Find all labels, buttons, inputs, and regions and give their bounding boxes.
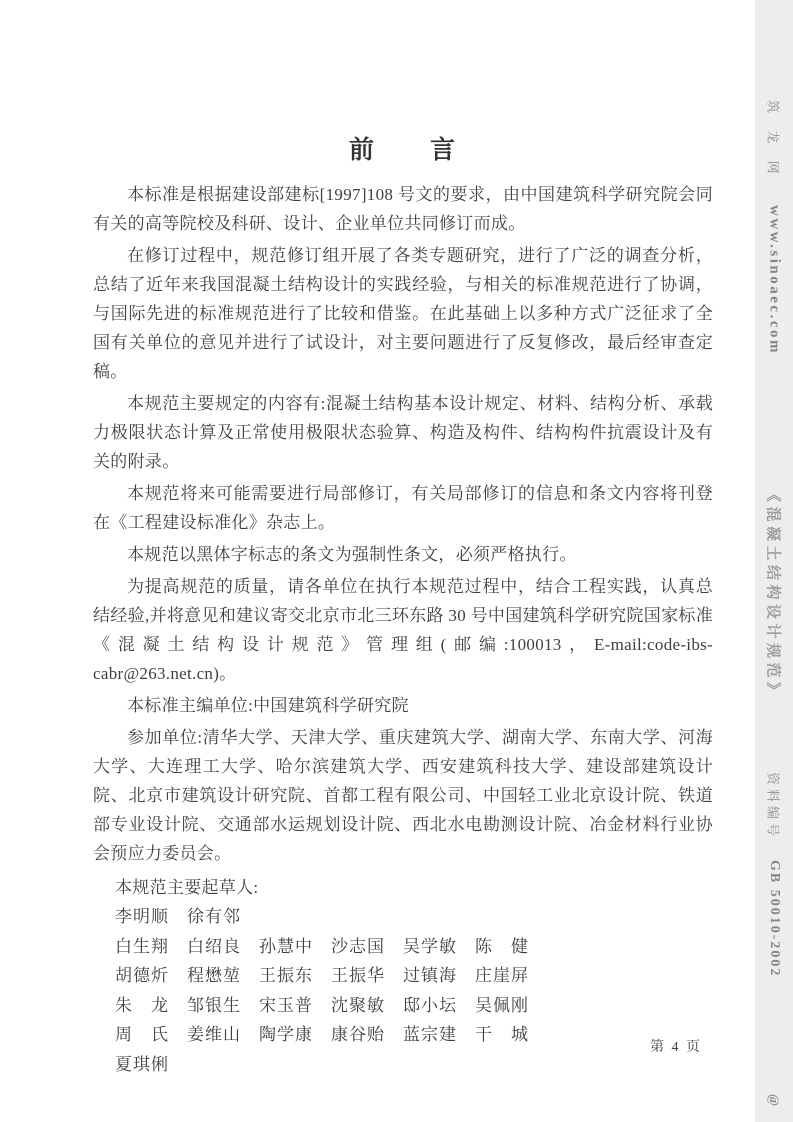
- drafter-line: 夏琪俐: [93, 1050, 713, 1080]
- watermark-doc-title: 《混凝土结构设计规范》: [764, 487, 785, 702]
- document-page: 前 言 本标准是根据建设部建标[1997]108 号文的要求，由中国建筑科学研究…: [0, 0, 793, 1122]
- paragraph-feedback-address: 为提高规范的质量，请各单位在执行本规范过程中，结合工程实践，认真总结经验,并将意…: [93, 572, 713, 688]
- paragraph-standard-origin: 本标准是根据建设部建标[1997]108 号文的要求，由中国建筑科学研究院会同有…: [93, 180, 713, 238]
- drafter-line: 胡德炘 程懋堃 王振东 王振华 过镇海 庄崖屏: [93, 961, 713, 991]
- drafter-line: 周 氏 姜维山 陶学康 康谷贻 蓝宗建 干 城: [93, 1020, 713, 1050]
- watermark-ref-code: GB 50010-2002: [766, 860, 782, 977]
- watermark-ref-label: 资料编号: [765, 772, 784, 840]
- watermark-site-name: 筑 龙 网: [765, 100, 784, 181]
- paragraph-mandatory-clauses: 本规范以黑体字标志的条文为强制性条文，必须严格执行。: [93, 540, 713, 569]
- at-symbol-icon: @: [766, 1094, 782, 1106]
- paragraph-chief-editor-unit: 本标准主编单位:中国建筑科学研究院: [93, 691, 713, 720]
- page-title: 前 言: [93, 130, 713, 166]
- drafter-line: 朱 龙 邹银生 宋玉普 沈聚敏 邸小坛 吴佩刚: [93, 991, 713, 1021]
- watermark-sidebar: 筑 龙 网 www.sinoaec.com 《混凝土结构设计规范》 资料编号 G…: [755, 0, 793, 1122]
- page-number: 第 4 页: [650, 1036, 702, 1056]
- paragraph-future-revisions: 本规范将来可能需要进行局部修订，有关局部修订的信息和条文内容将刊登在《工程建设标…: [93, 479, 713, 537]
- drafter-line: 李明顺 徐有邻: [93, 902, 713, 932]
- drafter-line: 白生翔 白绍良 孙慧中 沙志国 吴学敏 陈 健: [93, 932, 713, 962]
- drafters-heading: 本规范主要起草人:: [93, 873, 713, 902]
- document-content: 前 言 本标准是根据建设部建标[1997]108 号文的要求，由中国建筑科学研究…: [93, 130, 713, 1079]
- watermark-site-url: www.sinoaec.com: [766, 205, 783, 355]
- paragraph-revision-process: 在修订过程中，规范修订组开展了各类专题研究，进行了广泛的调查分析，总结了近年来我…: [93, 241, 713, 386]
- paragraph-main-contents: 本规范主要规定的内容有:混凝土结构基本设计规定、材料、结构分析、承载力极限状态计…: [93, 389, 713, 476]
- paragraph-participating-units: 参加单位:清华大学、天津大学、重庆建筑大学、湖南大学、东南大学、河海大学、大连理…: [93, 723, 713, 868]
